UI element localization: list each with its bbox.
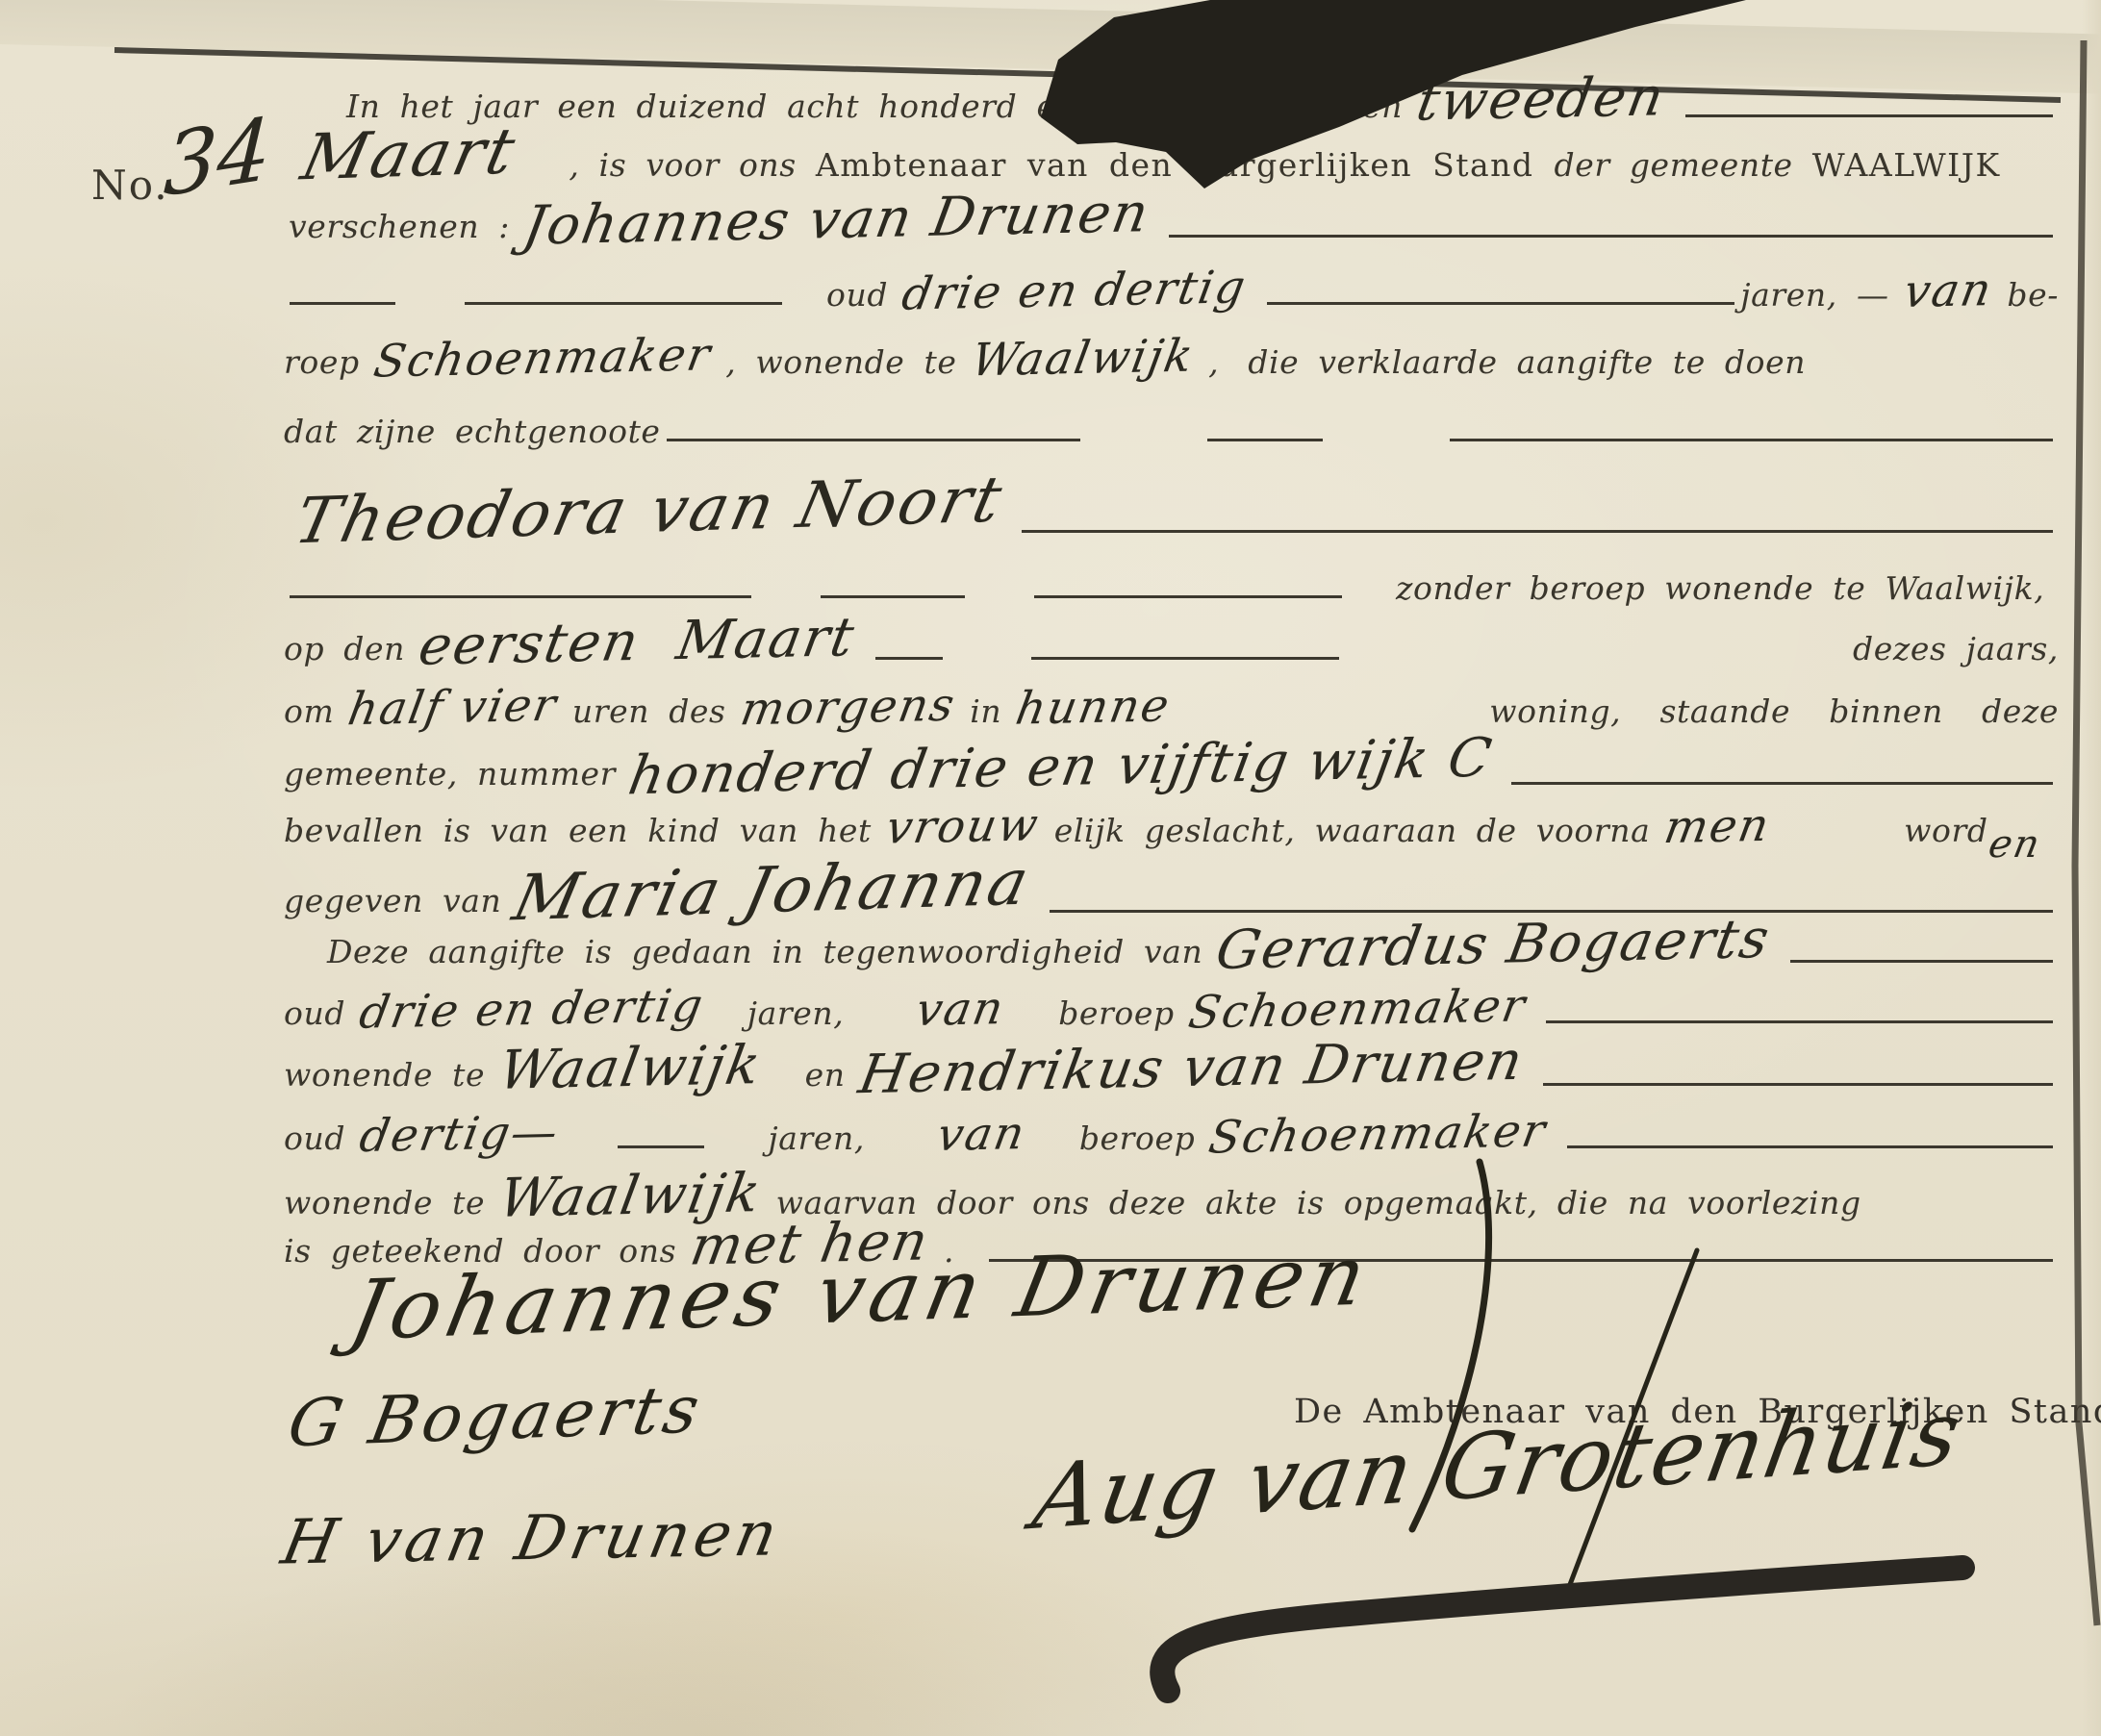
- printed-text: om: [284, 692, 334, 731]
- printed-text: verschenen :: [289, 208, 510, 246]
- handwritten-text: tweeden: [1413, 70, 1669, 129]
- document-line: ouddertig—jaren,vanberoepSchoenmaker: [284, 1112, 2059, 1158]
- document-line: gegeven vanMaria Johanna: [284, 859, 2059, 922]
- printed-text: elijk geslacht, waaraan de voorna: [1054, 812, 1651, 850]
- ruled-line: [1031, 656, 1339, 660]
- spacer: [949, 659, 1025, 660]
- printed-text: woning, staande binnen deze: [1489, 692, 2059, 731]
- spacer: [1219, 372, 1248, 373]
- document-line: omhalf vieruren desmorgensinhunnewoning,…: [284, 685, 2059, 731]
- document-line: Maart, is voor ons Ambtenaar van den Bur…: [289, 123, 2059, 187]
- printed-text: oud: [284, 1120, 345, 1158]
- printed-text: in: [970, 692, 1001, 731]
- birth-record-page: No. 34 In het jaar een duizend acht hond…: [0, 0, 2101, 1736]
- record-number-value: 34: [162, 98, 273, 216]
- handwritten-text: Maart: [296, 120, 522, 190]
- printed-text: word: [1904, 812, 1987, 850]
- printed-text: jaren,: [747, 994, 845, 1033]
- handwritten-text: dertig—: [357, 1110, 563, 1159]
- printed-text: bevallen is van een kind van het: [284, 812, 872, 850]
- spacer: [719, 1023, 747, 1024]
- handwritten-text: drie en dertig: [356, 983, 707, 1035]
- handwritten-text: men: [1661, 803, 1774, 850]
- handwritten-text: Johannes van Drunen: [519, 187, 1154, 254]
- printed-text: , is voor ons: [569, 146, 816, 185]
- handwritten-text: vrouw: [883, 802, 1044, 850]
- printed-text: uren des: [572, 692, 726, 731]
- printed-text: dat zijne echtgenoote: [284, 413, 661, 451]
- printed-text: wonende te: [284, 1184, 485, 1222]
- printed-text: der gemeente: [1555, 146, 1812, 185]
- handwritten-text: morgens: [737, 683, 959, 733]
- ruled-line: [821, 594, 965, 598]
- ruled-line: [1267, 301, 1735, 305]
- spacer: [1020, 1023, 1058, 1024]
- spacer: [710, 1148, 768, 1149]
- printed-text: , wonende te: [725, 343, 956, 382]
- handwritten-text: eersten Maart: [415, 611, 859, 673]
- document-line: ouddrie en dertigjaren,vanberoepSchoenma…: [284, 987, 2059, 1033]
- printed-text: roep: [284, 343, 360, 382]
- spacer: [1185, 721, 1489, 722]
- printed-text: ,: [1208, 343, 1219, 382]
- document-line: In het jaar een duizend acht honderd een…: [346, 73, 2059, 127]
- printed-text: wonende te: [284, 1056, 485, 1094]
- document-line: bevallen is van een kind van hetvrouweli…: [284, 804, 2059, 850]
- spacer: [788, 305, 826, 306]
- printed-text: beroep: [1058, 994, 1175, 1033]
- ruled-line: [1790, 959, 2053, 963]
- printed-text: Deze aangifte is gedaan in tegenwoordigh…: [327, 933, 1202, 971]
- ruled-line: [290, 301, 395, 305]
- handwritten-text: van: [934, 1111, 1029, 1158]
- spacer: [844, 1023, 901, 1024]
- printed-text: gemeente, nummer: [284, 755, 616, 793]
- spacer: [1086, 441, 1202, 442]
- document-line: zonder beroep wonende te Waalwijk,: [284, 569, 2059, 608]
- ruled-line: [618, 1145, 704, 1148]
- signature-underline-stroke: [1162, 1568, 1962, 1691]
- printed-text: beroep: [1079, 1120, 1196, 1158]
- ruled-line: [1546, 1019, 2053, 1023]
- record-number-label: No.: [91, 162, 169, 209]
- handwritten-text: Gerardus Bogaerts: [1212, 913, 1774, 978]
- printed-text: waarvan door ons deze akte is opgemaakt,…: [776, 1184, 1861, 1222]
- handwritten-text: hunne: [1013, 683, 1175, 731]
- handwritten-text: Schoenmaker: [1185, 983, 1530, 1035]
- spacer: [573, 1148, 612, 1149]
- document-line: gemeente, nummerhonderd drie en vijftig …: [284, 741, 2059, 794]
- document-line: roepSchoenmaker, wonende teWaalwijk,die …: [284, 336, 2059, 382]
- document-line: dat zijne echtgenoote: [284, 413, 2059, 451]
- ruled-line: [1022, 529, 2053, 533]
- spacer: [776, 1085, 805, 1086]
- signature-witness-1: G Bogaerts: [284, 1378, 708, 1458]
- spacer: [1348, 598, 1396, 599]
- document-line: op deneersten Maartdezes jaars,: [284, 616, 2059, 669]
- document-line: ouddrie en dertigjaren, —vanbe-: [284, 268, 2059, 314]
- printed-text: gegeven van: [284, 882, 501, 920]
- spacer: [1329, 441, 1444, 442]
- document-line: Theodora van Noort: [284, 479, 2059, 542]
- spacer: [530, 175, 569, 176]
- handwritten-text: van: [913, 986, 1008, 1033]
- spacer: [401, 305, 459, 306]
- handwritten-text: half vier: [345, 683, 562, 733]
- printed-text: en: [805, 1056, 846, 1094]
- ruled-line: [667, 438, 1080, 441]
- spacer: [1041, 1148, 1079, 1149]
- handwritten-text: en: [1986, 825, 2044, 864]
- printed-text: dezes jaars,: [1853, 630, 2059, 668]
- ruled-line: [290, 594, 751, 598]
- ruled-line: [1685, 113, 2053, 117]
- document-line: wonende teWaalwijkwaarvan door ons deze …: [284, 1170, 2059, 1223]
- ruled-line: [1034, 594, 1342, 598]
- printed-text: die verklaarde aangifte te doen: [1248, 343, 1806, 382]
- handwritten-text: drie en dertig: [899, 264, 1250, 316]
- handwritten-text: Hendrikus van Drunen: [854, 1035, 1527, 1102]
- handwritten-text: Schoenmaker: [370, 332, 715, 384]
- spacer: [1785, 841, 1904, 842]
- printed-text: be-: [2007, 276, 2059, 314]
- ruled-line: [875, 656, 943, 660]
- ruled-line: [1450, 438, 2053, 441]
- printed-text: oud: [826, 276, 888, 314]
- printed-text: Ambtenaar van den Burgerlijken Stand: [816, 146, 1555, 185]
- ruled-line: [1169, 234, 2053, 238]
- handwritten-text: Theodora van Noort: [290, 468, 1009, 554]
- spacer: [1345, 659, 1854, 660]
- ruled-line: [465, 301, 782, 305]
- spacer: [971, 598, 1028, 599]
- signature-witness-2: H van Drunen: [277, 1504, 787, 1574]
- ruled-line: [1207, 438, 1323, 441]
- printed-text: jaren,: [768, 1120, 865, 1158]
- spacer: [757, 598, 815, 599]
- printed-text: op den: [284, 630, 405, 668]
- binding-edge: [2082, 0, 2101, 1736]
- handwritten-text: Waalwijk: [968, 334, 1198, 384]
- handwritten-text: Schoenmaker: [1206, 1108, 1551, 1160]
- ruled-line: [1567, 1145, 2053, 1148]
- ruled-line: [1511, 781, 2053, 785]
- handwritten-text: van: [1900, 267, 1995, 314]
- spacer: [865, 1148, 923, 1149]
- printed-text: jaren, —: [1740, 276, 1888, 314]
- ruled-line: [1543, 1082, 2053, 1086]
- handwritten-text: Waalwijk: [495, 1039, 766, 1098]
- document-line: Deze aangifte is gedaan in tegenwoordigh…: [327, 918, 2059, 972]
- document-line: wonende teWaalwijkenHendrikus van Drunen: [284, 1042, 2059, 1095]
- printed-text: WAALWIJK: [1812, 146, 2001, 185]
- printed-text: zonder beroep wonende te Waalwijk,: [1396, 569, 2044, 608]
- printed-text: oud: [284, 994, 345, 1033]
- handwritten-text: honderd drie en vijftig wijk C: [624, 732, 1496, 804]
- document-line: verschenen :Johannes van Drunen: [289, 193, 2059, 247]
